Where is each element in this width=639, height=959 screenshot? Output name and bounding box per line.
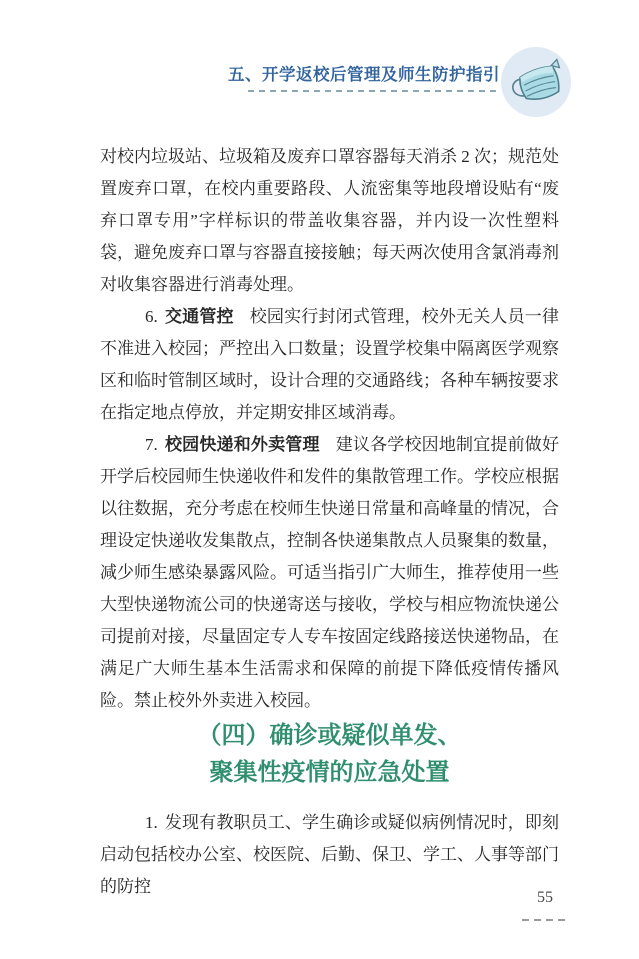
page-number-dashed-underline — [522, 919, 568, 921]
section-heading: （四）确诊或疑似单发、聚集性疫情的应急处置 — [100, 717, 559, 791]
item-label: 校园快递和外卖管理 — [165, 435, 320, 454]
face-mask-icon — [501, 47, 571, 117]
paragraph-item-1: 1.发现有教职员工、学生确诊或疑似病例情况时，即刻启动包括校办公室、校医院、后勤… — [100, 807, 559, 903]
book-page: 五、开学返校后管理及师生防护指引 对校内垃圾站、垃圾箱及废弃口罩容器每天消杀 2… — [0, 0, 639, 959]
section-heading-line2: 聚集性疫情的应急处置 — [210, 759, 450, 786]
item-number: 1. — [145, 813, 158, 832]
chapter-title: 五、开学返校后管理及师生防护指引 — [180, 61, 500, 85]
paragraph-item-7: 7.校园快递和外卖管理建议各学校因地制宜提前做好开学后校园师生快递收件和发件的集… — [100, 429, 559, 717]
paragraph-item-6: 6.交通管控校园实行封闭式管理，校外无关人员一律不准进入校园；严控出入口数量；设… — [100, 301, 559, 429]
chapter-title-dashed-underline — [248, 90, 499, 92]
paragraph-text: 对校内垃圾站、垃圾箱及废弃口罩容器每天消杀 2 次；规范处置废弃口罩，在校内重要… — [100, 147, 559, 294]
item-number: 7. — [145, 435, 158, 454]
paragraph-text: 发现有教职员工、学生确诊或疑似病例情况时，即刻启动包括校办公室、校医院、后勤、保… — [100, 813, 559, 896]
paragraph-text: 建议各学校因地制宜提前做好开学后校园师生快递收件和发件的集散管理工作。学校应根据… — [100, 435, 559, 710]
item-label: 交通管控 — [165, 307, 234, 326]
item-number: 6. — [145, 307, 158, 326]
page-number: 55 — [517, 889, 573, 907]
paragraph-continuation: 对校内垃圾站、垃圾箱及废弃口罩容器每天消杀 2 次；规范处置废弃口罩，在校内重要… — [100, 141, 559, 301]
section-heading-line1: （四）确诊或疑似单发、 — [198, 722, 462, 749]
body-text-column: 对校内垃圾站、垃圾箱及废弃口罩容器每天消杀 2 次；规范处置废弃口罩，在校内重要… — [100, 141, 559, 903]
